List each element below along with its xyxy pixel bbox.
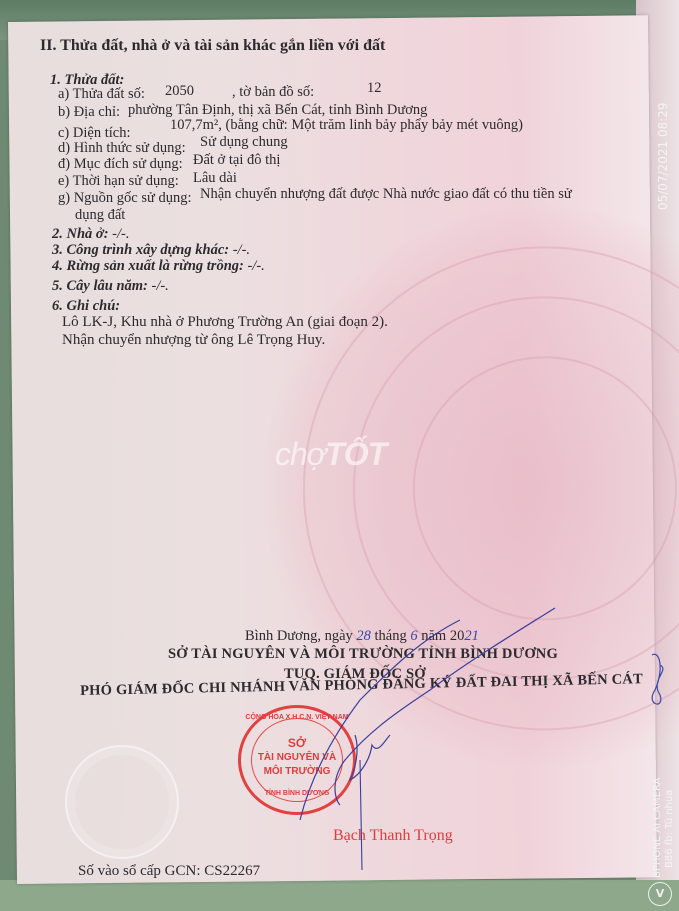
date-month-label: tháng [375, 628, 407, 644]
forest-value: -/-. [247, 258, 264, 274]
section-title: II. Thửa đất, nhà ở và tài sản khác gắn … [40, 37, 385, 54]
chotot-watermark: chợTỐT [275, 436, 386, 473]
area-value: 107,7m², (bằng chữ: Một trăm linh bảy ph… [170, 117, 523, 134]
camera-logo-icon: V [648, 882, 672, 906]
embossed-seal [65, 745, 179, 859]
other-works-row: 3. Công trình xây dựng khác: -/-. [52, 242, 250, 259]
usage-origin-value-line1: Nhận chuyển nhượng đất được Nhà nước gia… [200, 186, 572, 203]
address-label: b) Địa chỉ: [58, 104, 120, 121]
usage-term-label: e) Thời hạn sử dụng: [58, 173, 179, 190]
signer-name: Bạch Thanh Trọng [333, 827, 453, 845]
date-day: 28 [356, 628, 371, 644]
map-sheet-label: , tờ bản đồ số: [232, 84, 314, 101]
official-red-stamp: CỘNG HÒA X.H.C.N. VIỆT NAM SỞ TÀI NGUYÊN… [238, 705, 356, 815]
usage-origin-value-line2: dụng đất [75, 207, 125, 224]
date-year-suffix: 21 [464, 628, 479, 644]
perennial-row: 5. Cây lâu năm: -/-. [52, 278, 169, 295]
background-bottom [0, 880, 679, 911]
house-value: -/-. [112, 226, 129, 242]
other-works-label: 3. Công trình xây dựng khác: [52, 242, 229, 258]
notes-label: 6. Ghi chú: [52, 298, 120, 315]
usage-form-label: d) Hình thức sử dụng: [58, 140, 186, 157]
date-prefix: Bình Dương, ngày [245, 628, 353, 644]
usage-purpose-value: Đất ở tại đô thị [193, 152, 280, 169]
camera-branding: BPHONE AI CAMERA B86 fb: Tú nhua [640, 640, 679, 911]
issue-date-line: Bình Dương, ngày 28 tháng 6 năm 2021 [245, 628, 479, 645]
house-row: 2. Nhà ở: -/-. [52, 226, 129, 243]
stamp-ring-bottom: TỈNH BÌNH DƯƠNG [241, 790, 353, 797]
stamp-ring-top: CỘNG HÒA X.H.C.N. VIỆT NAM [241, 714, 353, 721]
map-sheet-value: 12 [367, 80, 382, 97]
usage-term-value: Lâu dài [193, 170, 237, 187]
stamp-line-3: MÔI TRƯỜNG [241, 766, 353, 777]
notes-line-2: Nhận chuyển nhượng từ ông Lê Trọng Huy. [62, 332, 325, 349]
notes-line-1: Lô LK-J, Khu nhà ở Phương Trường An (gia… [62, 314, 388, 331]
other-works-value: -/-. [233, 242, 250, 258]
stamp-line-1: SỞ [241, 736, 353, 750]
photo-timestamp: 05/07/2021 08:29 [648, 0, 678, 240]
perennial-label: 5. Cây lâu năm: [52, 278, 148, 294]
usage-form-value: Sử dụng chung [200, 134, 288, 151]
date-month: 6 [410, 628, 417, 644]
camera-caption-text: B86 fb: Tú nhua [664, 790, 675, 868]
date-year-label: năm 20 [421, 628, 464, 644]
forest-label: 4. Rừng sản xuất là rừng trồng: [52, 258, 244, 274]
house-label: 2. Nhà ở: [52, 226, 109, 242]
parcel-number-label: a) Thửa đất số: [58, 86, 145, 103]
parcel-number-value: 2050 [165, 83, 194, 100]
stamp-line-2: TÀI NGUYÊN VÀ [241, 752, 353, 763]
usage-purpose-label: đ) Mục đích sử dụng: [58, 156, 183, 173]
perennial-value: -/-. [152, 278, 169, 294]
camera-brand-text: BPHONE AI CAMERA [652, 778, 663, 878]
usage-origin-label: g) Nguồn gốc sử dụng: [58, 190, 192, 207]
forest-row: 4. Rừng sản xuất là rừng trồng: -/-. [52, 258, 265, 275]
authority-department: SỞ TÀI NGUYÊN VÀ MÔI TRƯỜNG TỈNH BÌNH DƯ… [168, 646, 558, 663]
registry-number: Số vào sổ cấp GCN: CS22267 [78, 863, 260, 880]
